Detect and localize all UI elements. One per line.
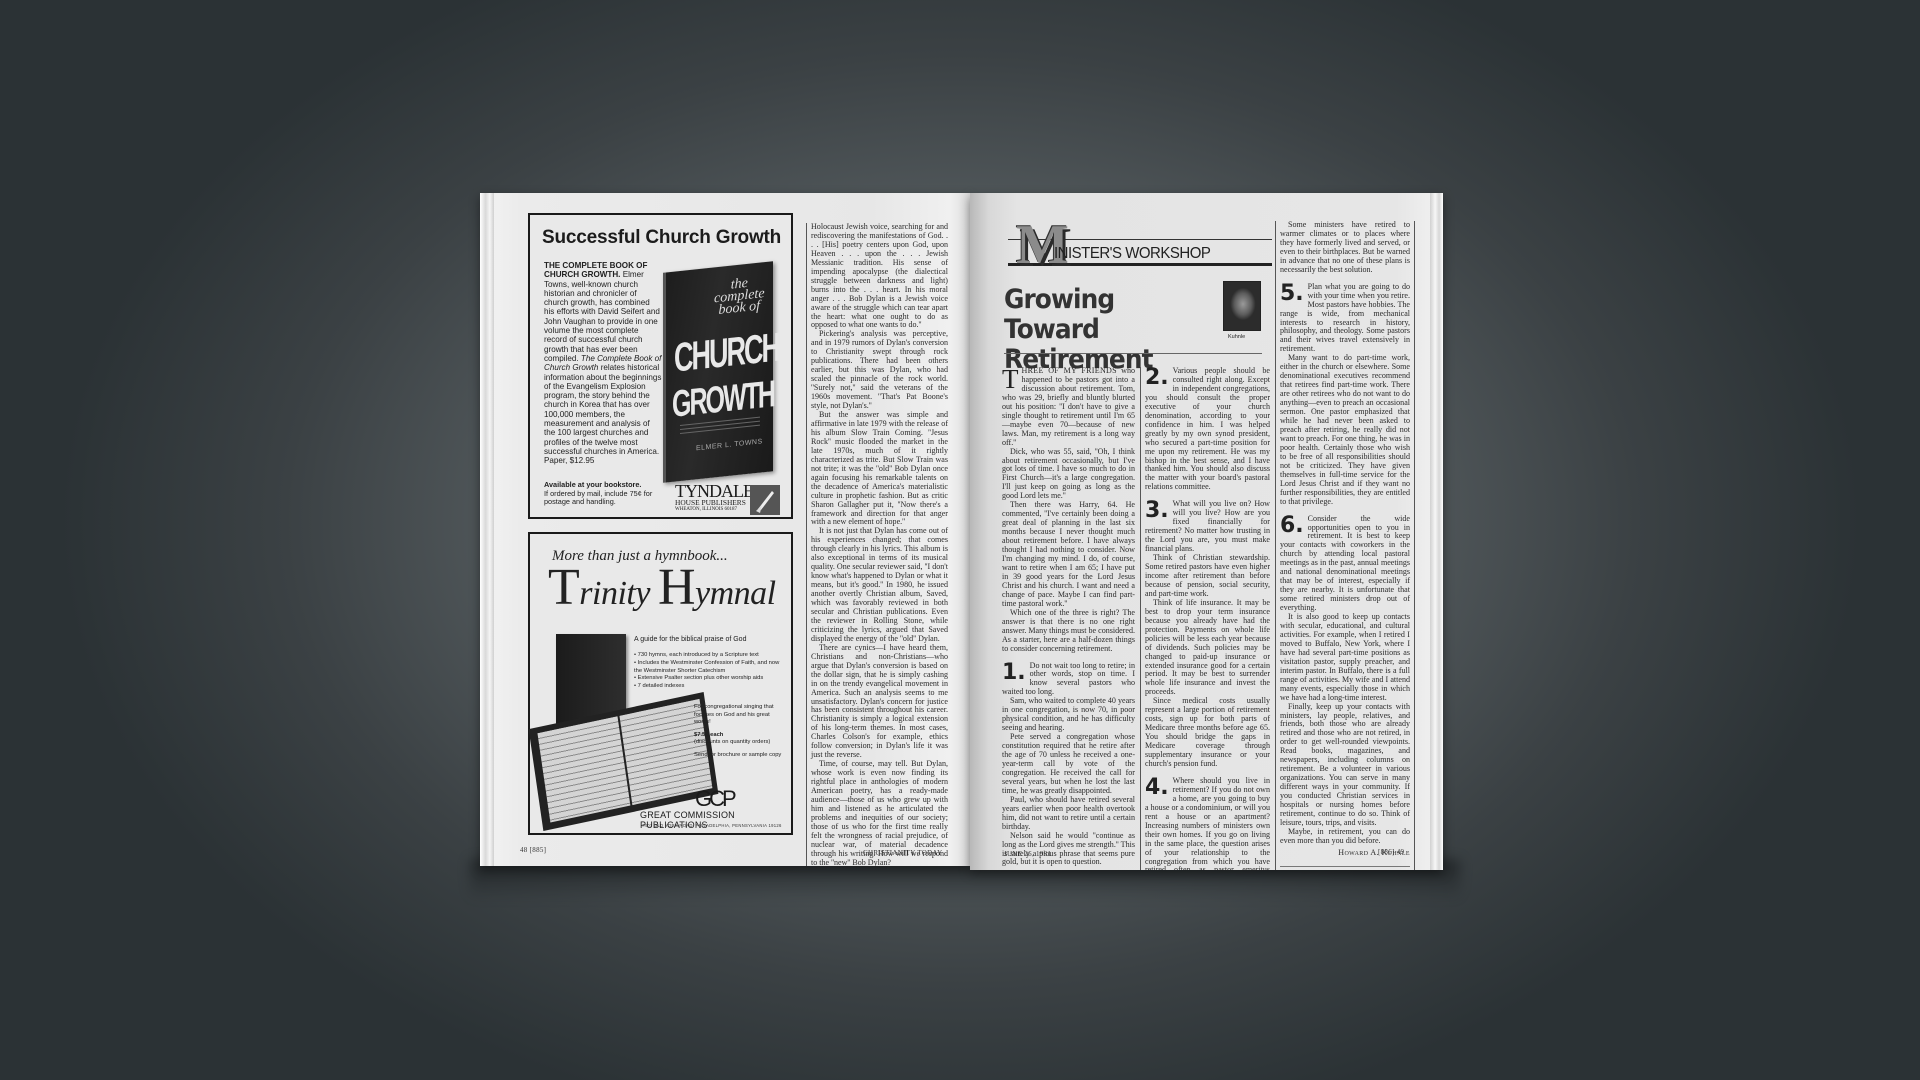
point-number: 4.	[1145, 778, 1169, 798]
point-number: 5.	[1280, 284, 1304, 304]
point-4: 4.Where should you live in retirement? I…	[1145, 777, 1270, 870]
ad-title: Successful Church Growth	[542, 227, 781, 249]
point-number: 1.	[1002, 663, 1026, 683]
feature-item: Includes the Westminster Confession of F…	[634, 660, 784, 676]
retirement-column-3: Some ministers have retired to warmer cl…	[1275, 221, 1415, 870]
book-cover-author: ELMER L. TOWNS	[696, 438, 763, 452]
left-page-number: 48 [885]	[520, 846, 546, 854]
ad-side-text: For congregational singing that focuses …	[694, 704, 784, 765]
article-paragraph: Pickering's analysis was perceptive, and…	[811, 330, 948, 411]
article-paragraph: Dick, who was 55, said, ''Oh, I think ab…	[1002, 448, 1135, 502]
left-page: Successful Church Growth THE COMPLETE BO…	[480, 193, 970, 866]
publication-name: CHRISTIANITY TODAY	[863, 849, 943, 857]
point-number: 2.	[1145, 368, 1169, 388]
author-photo	[1223, 281, 1261, 331]
retirement-column-2: 2.Various people should be consulted rig…	[1140, 367, 1270, 870]
article-paragraph: But the answer was simple and affirmativ…	[811, 411, 948, 527]
point-number: 3.	[1145, 501, 1169, 521]
article-headline: Growing Toward Retirement	[1004, 285, 1216, 375]
feature-item: Extensive Psalter section plus other wor…	[634, 675, 784, 683]
ad-body-2: relates historical information about the…	[544, 363, 661, 465]
article-paragraph: Holocaust Jewish voice, searching for an…	[811, 223, 948, 330]
ad-intro: A guide for the biblical praise of God	[634, 636, 746, 643]
gcp-logo-icon: GCP	[695, 786, 734, 812]
point-3: 3.What will you live on? How will you li…	[1145, 500, 1270, 769]
publisher-address: 7401 OLD YORK ROAD, PHILADELPHIA, PENNSY…	[642, 823, 782, 828]
ad-body-1: Elmer Towns, well-known church historian…	[544, 270, 660, 363]
ad-body: THE COMPLETE BOOK OF CHURCH GROWTH. Elme…	[544, 261, 662, 466]
trinity-hymnal-ad: More than just a hymnbook... Trinity Hym…	[528, 532, 793, 835]
left-page-edges	[480, 193, 494, 866]
right-page: M INISTER'S WORKSHOP Growing Toward Reti…	[970, 193, 1443, 870]
ad-footer: Available at your bookstore. If ordered …	[544, 481, 674, 507]
ad-title: Trinity Hymnal	[548, 568, 776, 613]
book-cover-subtitle: the complete book of	[714, 276, 765, 317]
author-bio: Mr. Kuhnle serves part-time as visitatio…	[1280, 866, 1410, 870]
right-page-edges	[1430, 193, 1443, 870]
right-page-number: [886] 49	[1378, 848, 1404, 856]
article-paragraph: Which one of the three is right? The ans…	[1002, 609, 1135, 654]
article-paragraph: Then there was Harry, 64. He commented, …	[1002, 501, 1135, 608]
intro-paragraph: THREE OF MY FRIENDS who happened to be p…	[1002, 367, 1135, 448]
feature-item: 730 hymns, each introduced by a Scriptur…	[634, 652, 784, 660]
church-growth-ad: Successful Church Growth THE COMPLETE BO…	[528, 213, 793, 519]
retirement-column-1: THREE OF MY FRIENDS who happened to be p…	[1002, 367, 1135, 867]
drop-cap: T	[1002, 368, 1019, 390]
point-1: 1.Do not wait too long to retire; in oth…	[1002, 662, 1135, 868]
feature-list: 730 hymns, each introduced by a Scriptur…	[634, 652, 784, 691]
quill-pen-icon	[750, 485, 780, 515]
point-2: 2.Various people should be consulted rig…	[1145, 367, 1270, 492]
issue-date: JUNE 26, 1981	[1004, 850, 1051, 858]
price: $7.50 each	[694, 732, 723, 738]
ministers-workshop-header: M INISTER'S WORKSHOP	[1002, 215, 1272, 275]
dylan-article-column: Holocaust Jewish voice, searching for an…	[806, 223, 948, 866]
tyndale-logo-text: TYNDALE HOUSE PUBLISHERS WHEATON, ILLINO…	[675, 483, 753, 512]
photo-caption: Kuhnle	[1228, 334, 1245, 340]
book-cover-image: the complete book of CHURCH GROWTH ELMER…	[663, 261, 773, 483]
point-number: 6.	[1280, 516, 1304, 536]
feature-item: 7 detailed indexes	[634, 683, 784, 691]
point-6: 6.Consider the wide opportunities open t…	[1280, 515, 1410, 846]
article-paragraph: There are cynics—I have heard them, Chri…	[811, 644, 948, 760]
section-title: INISTER'S WORKSHOP	[1054, 245, 1210, 263]
article-paragraph: It is not just that Dylan has come out o…	[811, 527, 948, 643]
point-5: 5.Plan what you are going to do with you…	[1280, 283, 1410, 507]
ad-footer-text: If ordered by mail, include 75¢ for post…	[544, 489, 652, 507]
